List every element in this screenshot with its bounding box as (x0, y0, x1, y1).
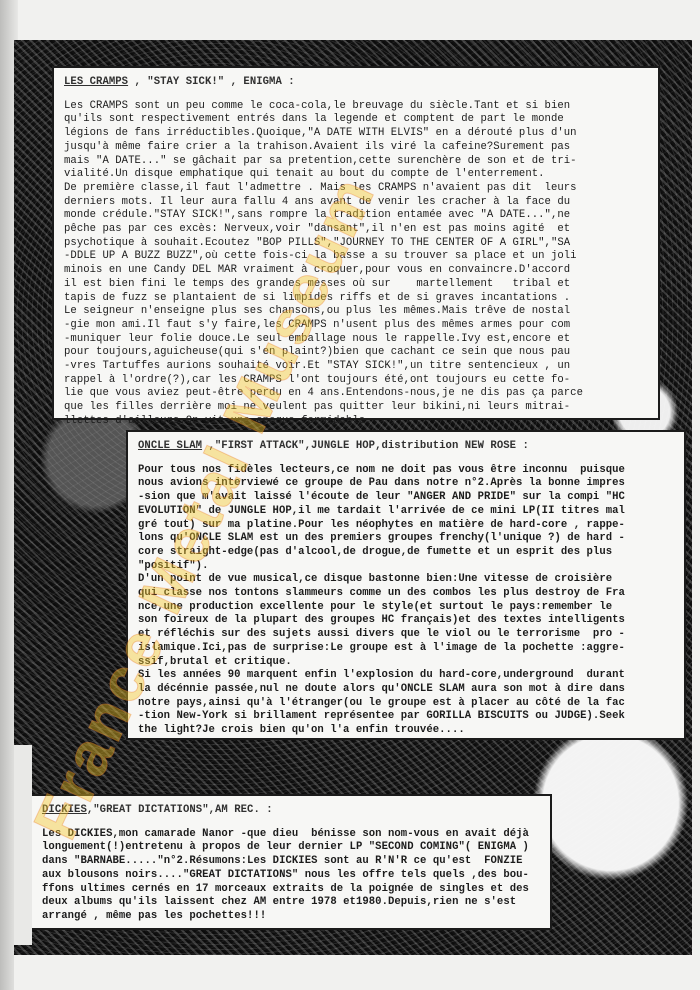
release-info: ,"GREAT DICTATIONS",AM REC. : (87, 804, 273, 816)
band-name: LES CRAMPS (64, 76, 128, 88)
text-line: monde crédule."STAY SICK!",sans rompre l… (64, 209, 648, 223)
text-line: pour toujours,aguicheuse(qui s'en plaint… (64, 346, 648, 360)
text-line: the light?Je crois bien qu'on l'a enfin … (138, 724, 674, 738)
release-info: , "STAY SICK!" , ENIGMA : (128, 76, 295, 88)
text-line: De première classe,il faut l'admettre . … (64, 182, 648, 196)
text-line: -tion New-York si brillament représentee… (138, 710, 674, 724)
band-name: DICKIES (42, 804, 87, 816)
text-line: Le seigneur n'enseigne plus ses chansons… (64, 305, 648, 319)
text-line: vialité.Un disque emphatique qui tenait … (64, 168, 648, 182)
text-line: jusqu'à même faire crier a la trahison.A… (64, 141, 648, 155)
text-line: rappel à l'ordre(?),car les CRAMPS l'ont… (64, 374, 648, 388)
text-line: Si les années 90 marquent enfin l'explos… (138, 669, 674, 683)
text-line: son foireux de la plupart des groupes HC… (138, 614, 674, 628)
text-line: ffons ultimes cernés en 17 morceaux extr… (42, 883, 540, 897)
text-line: Les DICKIES,mon camarade Nanor -que dieu… (42, 828, 540, 842)
text-line: notre pays,ainsi qu'à l'étranger(ou le g… (138, 697, 674, 711)
text-line: islamique.Ici,pas de surprise:Le groupe … (138, 642, 674, 656)
text-line: derniers mots. Il leur aura fallu 4 ans … (64, 196, 648, 210)
text-line: nous avions interviewé ce groupe de Pau … (138, 477, 674, 491)
text-line: -vres Tartuffes aurions souhaité voir.Et… (64, 360, 648, 374)
text-line: qu'ils sont respectivement entrés dans l… (64, 113, 648, 127)
review-les-cramps: LES CRAMPS , "STAY SICK!" , ENIGMA : Les… (52, 66, 660, 420)
text-line: lie que vous aviez peut-être perdu en 4 … (64, 387, 648, 401)
review-dickies: DICKIES,"GREAT DICTATIONS",AM REC. : Les… (32, 794, 552, 930)
text-line: -sion que m'avait laissé l'écoute de leu… (138, 491, 674, 505)
text-line: longuement(!)entretenu à propos de leur … (42, 841, 540, 855)
text-line: arrangé , même pas les pochettes!!! (42, 910, 540, 924)
review-body: Les DICKIES,mon camarade Nanor -que dieu… (42, 828, 540, 924)
release-info: ,"FIRST ATTACK",JUNGLE HOP,distribution … (202, 440, 529, 452)
text-line: la décénnie passée,nul ne doute alors qu… (138, 683, 674, 697)
text-line: gré tout) sur ma platine.Pour les néophy… (138, 519, 674, 533)
review-oncle-slam: ONCLE SLAM ,"FIRST ATTACK",JUNGLE HOP,di… (126, 430, 686, 740)
text-line: pêche pas par ces excès: Nerveux,voir "d… (64, 223, 648, 237)
review-heading: ONCLE SLAM ,"FIRST ATTACK",JUNGLE HOP,di… (138, 440, 674, 454)
text-line: Pour tous nos fidèles lecteurs,ce nom ne… (138, 464, 674, 478)
text-line: -DDLE UP A BUZZ BUZZ",où cette fois-ci l… (64, 250, 648, 264)
text-line: deux albums qu'ils laissent chez AM entr… (42, 896, 540, 910)
text-line: core straight-edge(pas d'alcool,de drogu… (138, 546, 674, 560)
text-line: nce,une production excellente pour le st… (138, 601, 674, 615)
text-line: aux blousons noirs...."GREAT DICTATIONS"… (42, 869, 540, 883)
text-line: -muniquer leur folie douce.Le seul embal… (64, 333, 648, 347)
review-body: Les CRAMPS sont un peu comme le coca-col… (64, 100, 648, 429)
text-line: qui classe nos tontons slammeurs comme u… (138, 587, 674, 601)
text-line: dans "BARNABE....."n°2.Résumons:Les DICK… (42, 855, 540, 869)
text-line: mais "A DATE..." se gâchait par sa prete… (64, 155, 648, 169)
text-line: et réfléchis sur des sujets aussi divers… (138, 628, 674, 642)
page-bottom-margin (14, 955, 694, 990)
text-line: psychotique à souhait.Ecoutez "BOP PILLS… (64, 237, 648, 251)
review-heading: LES CRAMPS , "STAY SICK!" , ENIGMA : (64, 76, 648, 90)
review-heading: DICKIES,"GREAT DICTATIONS",AM REC. : (42, 804, 540, 818)
text-line: EVOLUTION" de JUNGLE HOP,il me tardait l… (138, 505, 674, 519)
text-line: Les CRAMPS sont un peu comme le coca-col… (64, 100, 648, 114)
review-body: Pour tous nos fidèles lecteurs,ce nom ne… (138, 464, 674, 738)
text-line: tapis de fuzz se plantaient de si limpid… (64, 292, 648, 306)
text-line: que les filles derrière moi ne veulent p… (64, 401, 648, 415)
collage-gap (14, 745, 32, 945)
text-line: il est bien fini le temps des grandes me… (64, 278, 648, 292)
text-line: ssif,brutal et critique. (138, 656, 674, 670)
text-line: llettes d'ailleurs.On vit une epoque for… (64, 415, 648, 429)
text-line: minois en une Candy DEL MAR vraiment à c… (64, 264, 648, 278)
band-name: ONCLE SLAM (138, 440, 202, 452)
text-line: "positif"). (138, 560, 674, 574)
text-line: lons qu'ONCLE SLAM est un des premiers g… (138, 532, 674, 546)
text-line: -gie mon ami.Il faut s'y faire,les CRAMP… (64, 319, 648, 333)
text-line: D'un point de vue musical,ce disque bast… (138, 573, 674, 587)
text-line: légions de fans irréductibles.Quoique,"A… (64, 127, 648, 141)
